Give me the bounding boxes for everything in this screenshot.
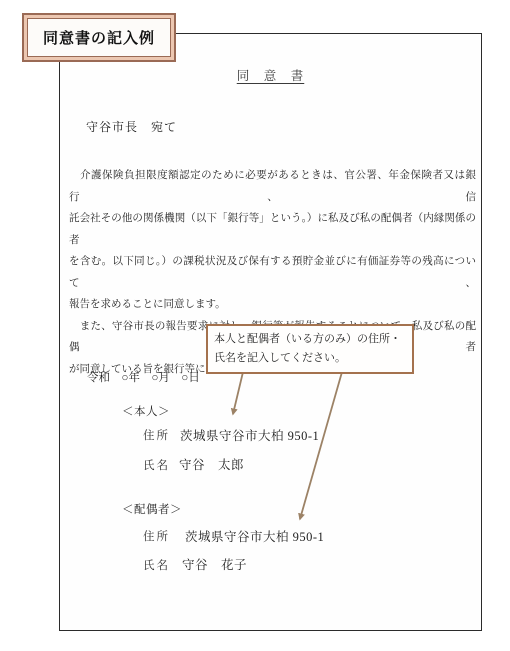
addressee-line: 守谷市長 宛て (86, 118, 177, 135)
callout-note-line: 本人と配偶者（いる方のみ）の住所・ (214, 330, 406, 349)
date-line: 令和 ○年 ○月 ○日 (87, 369, 200, 385)
person-name-label: 氏名 (143, 457, 170, 473)
body-line: 報告を求めることに同意します。 (69, 294, 476, 316)
spouse-section-heading: ＜配偶者＞ (122, 501, 182, 517)
person-name-value: 守谷 太郎 (179, 455, 244, 473)
person-address-value: 茨城県守谷市大柏 950-1 (180, 426, 319, 444)
person-section-heading: ＜本人＞ (122, 403, 170, 419)
body-line: 介護保険負担限度額認定のために必要があるときは、官公署、年金保険者又は銀行、信 (69, 165, 476, 208)
scanned-consent-form-example: 同 意 書 守谷市長 宛て 介護保険負担限度額認定のために必要があるときは、官公… (0, 0, 510, 651)
callout-note-line: 氏名を記入してください。 (214, 349, 406, 368)
callout-note: 本人と配偶者（いる方のみ）の住所・ 氏名を記入してください。 (206, 324, 414, 374)
spouse-address-label: 住所 (143, 528, 170, 544)
example-label-text: 同意書の記入例 (27, 18, 171, 57)
example-label-badge: 同意書の記入例 (22, 13, 176, 62)
body-line: を含む。以下同じ。）の課税状況及び保有する預貯金並びに有価証券等の残高について、 (69, 251, 476, 294)
spouse-address-value: 茨城県守谷市大柏 950-1 (185, 527, 324, 545)
document-title: 同 意 書 (60, 66, 481, 84)
body-line: 託会社その他の関係機関（以下「銀行等」という。）に私及び私の配偶者（内縁関係の者 (69, 208, 476, 251)
spouse-name-label: 氏名 (143, 557, 170, 573)
person-address-label: 住所 (143, 427, 170, 443)
spouse-name-value: 守谷 花子 (182, 555, 247, 573)
